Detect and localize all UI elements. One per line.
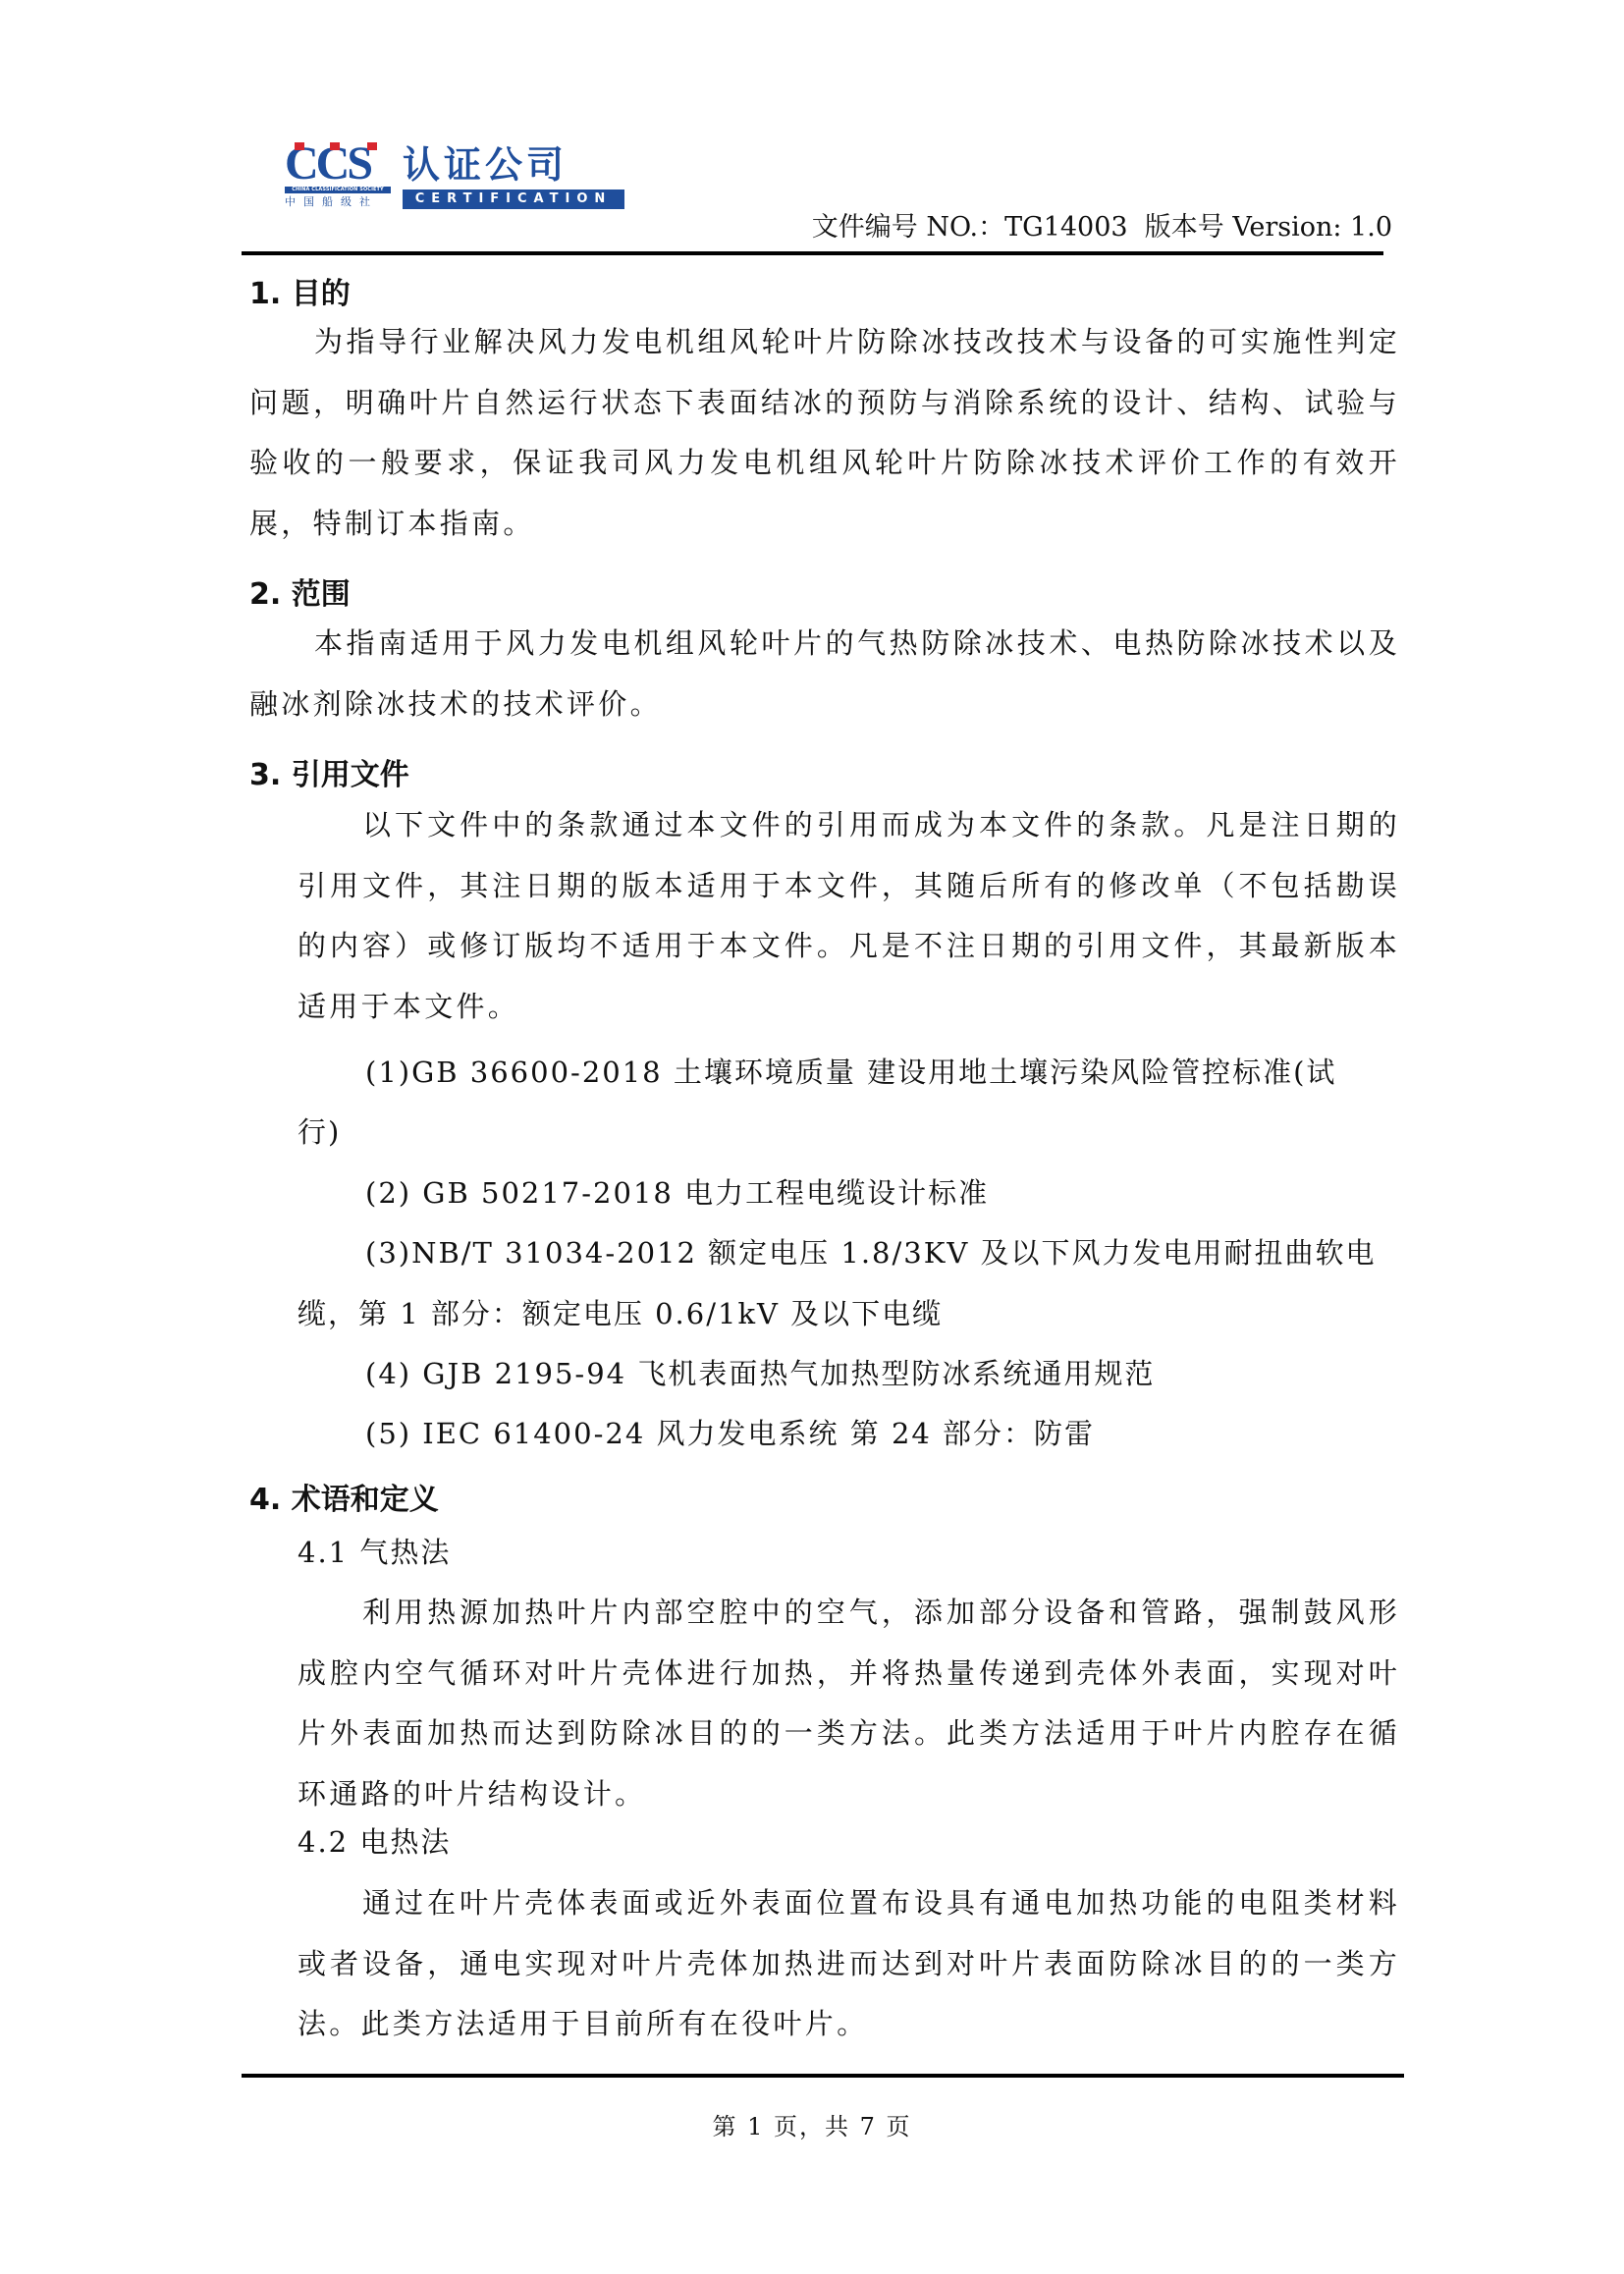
reference-item: (3)NB/T 31034-2012 额定电压 1.8/3KV 及以下风力发电用… xyxy=(365,1233,1377,1272)
logo-red-accent xyxy=(295,142,304,150)
page-number: 第 1 页，共 7 页 xyxy=(0,2111,1624,2142)
logo-red-accent xyxy=(367,142,377,150)
reference-item: (4) GJB 2195-94 飞机表面热气加热型防冰系统通用规范 xyxy=(365,1354,1155,1393)
section-heading-references: 3. 引用文件 xyxy=(249,756,409,795)
reference-item: (1)GB 36600-2018 土壤环境质量 建设用地土壤污染风险管控标准(试 xyxy=(365,1053,1336,1092)
section-heading-terms: 4. 术语和定义 xyxy=(249,1481,439,1520)
subsection-heading-air-heating: 4.1 气热法 xyxy=(298,1533,451,1572)
document-page: CCS CHINA CLASSIFICATION SOCIETY 中国船级社 认… xyxy=(0,0,1624,2274)
section-heading-scope: 2. 范围 xyxy=(249,575,351,615)
logo-ccs-mark: CCS xyxy=(285,142,391,186)
header-divider xyxy=(242,251,1383,255)
section-references-paragraph: 以下文件中的条款通过本文件的引用而成为本文件的条款。凡是注日期的引用文件，其注日… xyxy=(298,795,1400,1037)
ccs-certification-logo: CCS CHINA CLASSIFICATION SOCIETY 中国船级社 认… xyxy=(285,142,628,211)
reference-item-continued: 行) xyxy=(298,1112,341,1152)
logo-company-cn: 认证公司 xyxy=(403,142,568,188)
subsection-electric-heating-paragraph: 通过在叶片壳体表面或近外表面位置布设具有通电加热功能的电阻类材料或者设备，通电实… xyxy=(298,1873,1400,2055)
footer-divider xyxy=(242,2074,1404,2078)
logo-certification-banner: CERTIFICATION xyxy=(403,189,624,209)
section-scope-paragraph: 本指南适用于风力发电机组风轮叶片的气热防除冰技术、电热防除冰技术以及融冰剂除冰技… xyxy=(249,614,1400,734)
section-heading-purpose: 1. 目的 xyxy=(249,275,351,314)
logo-society-cn: 中国船级社 xyxy=(285,195,391,208)
document-number-version: 文件编号 NO.：TG14003 版本号 Version: 1.0 xyxy=(812,210,1392,245)
logo-red-accent xyxy=(330,142,340,150)
logo-society-en: CHINA CLASSIFICATION SOCIETY xyxy=(285,187,391,193)
reference-item: (5) IEC 61400-24 风力发电系统 第 24 部分：防雷 xyxy=(365,1414,1095,1453)
subsection-air-heating-paragraph: 利用热源加热叶片内部空腔中的空气，添加部分设备和管路，强制鼓风形成腔内空气循环对… xyxy=(298,1583,1400,1824)
reference-item: (2) GB 50217-2018 电力工程电缆设计标准 xyxy=(365,1173,989,1213)
section-purpose-paragraph: 为指导行业解决风力发电机组风轮叶片防除冰技改技术与设备的可实施性判定问题，明确叶… xyxy=(249,312,1400,554)
reference-item-continued: 缆，第 1 部分：额定电压 0.6/1kV 及以下电缆 xyxy=(298,1294,943,1333)
subsection-heading-electric-heating: 4.2 电热法 xyxy=(298,1822,451,1862)
